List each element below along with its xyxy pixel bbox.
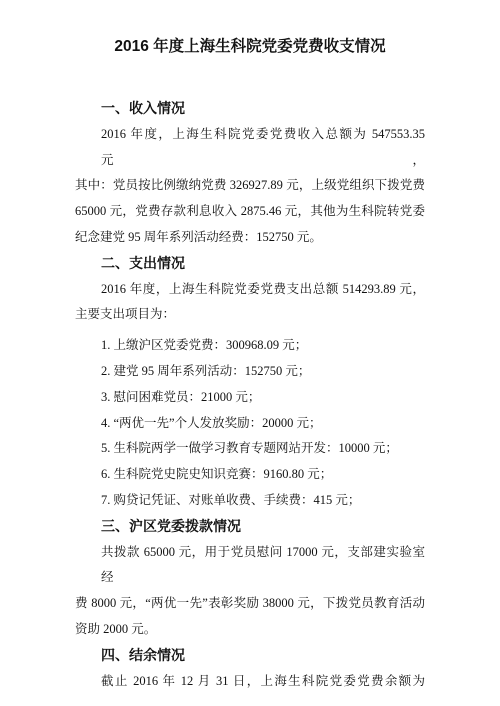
expense-item-list: 1. 上缴沪区党委党费：300968.09 元； 2. 建党 95 周年系列活动… bbox=[75, 333, 425, 514]
expense-para-line: 主要支出项目为： bbox=[75, 302, 425, 328]
allocation-para-line: 共拨款 65000 元，用于党员慰问 17000 元，支部建实验室经 bbox=[75, 540, 425, 592]
allocation-para-line: 资助 2000 元。 bbox=[75, 617, 425, 643]
section-heading-balance: 四、结余情况 bbox=[75, 643, 425, 669]
balance-para-line: 截止 2016 年 12 月 31 日，上海生科院党委党费余额为 bbox=[75, 669, 425, 695]
section-heading-allocation: 三、沪区党委拨款情况 bbox=[75, 514, 425, 540]
document-title: 2016 年度上海生科院党委党费收支情况 bbox=[75, 34, 425, 60]
expense-item: 6. 生科院党史院史知识竞赛：9160.80 元； bbox=[75, 462, 425, 488]
expense-item: 3. 慰问困难党员：21000 元； bbox=[75, 385, 425, 411]
section-heading-expense: 二、支出情况 bbox=[75, 251, 425, 277]
expense-item: 4. “两优一先”个人发放奖励：20000 元； bbox=[75, 411, 425, 437]
income-para-line: 65000 元，党费存款利息收入 2875.46 元，其他为生科院转党委 bbox=[75, 199, 425, 225]
income-para-line: 其中：党员按比例缴纳党费 326927.89 元，上级党组织下拨党费 bbox=[75, 173, 425, 199]
expense-item: 5. 生科院两学一做学习教育专题网站开发：10000 元； bbox=[75, 436, 425, 462]
expense-para-line: 2016 年度，上海生科院党委党费支出总额 514293.89 元， bbox=[75, 277, 425, 303]
allocation-para-line: 费 8000 元，“两优一先”表彰奖励 38000 元，下拨党员教育活动 bbox=[75, 591, 425, 617]
document-page: 2016 年度上海生科院党委党费收支情况 一、收入情况 2016 年度，上海生科… bbox=[0, 0, 500, 706]
income-para-line: 纪念建党 95 周年系列活动经费：152750 元。 bbox=[75, 225, 425, 251]
expense-item: 2. 建党 95 周年系列活动：152750 元； bbox=[75, 359, 425, 385]
income-para-line: 2016 年度，上海生科院党委党费收入总额为 547553.35 元， bbox=[75, 122, 425, 174]
section-heading-income: 一、收入情况 bbox=[75, 96, 425, 122]
expense-item: 1. 上缴沪区党委党费：300968.09 元； bbox=[75, 333, 425, 359]
expense-item: 7. 购贷记凭证、对账单收费、手续费：415 元； bbox=[75, 488, 425, 514]
